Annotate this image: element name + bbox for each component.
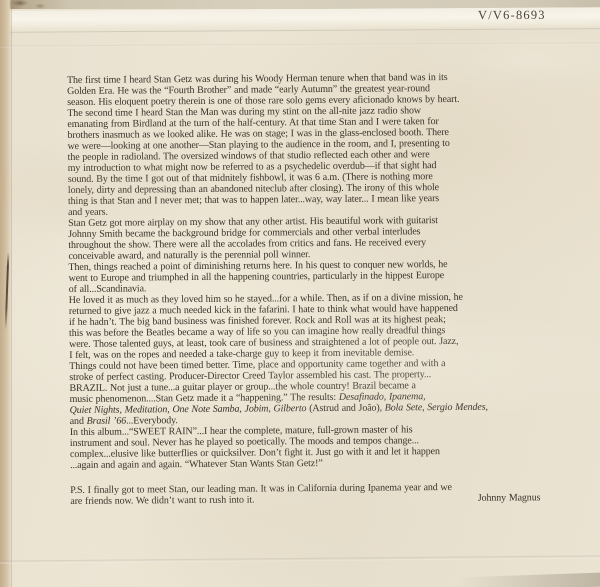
liner-note-segment: ...again and again and again. “Whatever …: [70, 458, 323, 471]
cover-crease-bottom: [0, 555, 600, 563]
liner-note-segment: (Astrud and João),: [306, 403, 384, 415]
album-back-cover: V/V6-8693 The first time I heard Stan Ge…: [0, 0, 600, 587]
liner-note-segment: ...Everybody.: [126, 415, 178, 426]
worn-corner-bottom-right: [456, 572, 600, 587]
liner-note-segment: and: [70, 416, 87, 427]
liner-note-italic-segment: Desafinado, Ipanema,: [339, 391, 426, 403]
cover-crease-top: [0, 42, 600, 47]
liner-notes-text: The first time I heard Stan Getz was dur…: [67, 71, 558, 507]
liner-note-segment: of all...Scandinavia.: [69, 283, 147, 295]
liner-note-italic-segment: Bola Sete, Sergio Mendes,: [385, 402, 488, 414]
liner-note-italic-segment: Brasil ’66: [87, 416, 127, 427]
liner-note-segment: are friends now. We didn’t want to rush …: [70, 495, 254, 507]
catalog-number: V/V6-8693: [478, 8, 546, 23]
liner-note-segment: and years.: [68, 207, 108, 218]
author-signature: Johnny Magnus: [478, 492, 541, 503]
